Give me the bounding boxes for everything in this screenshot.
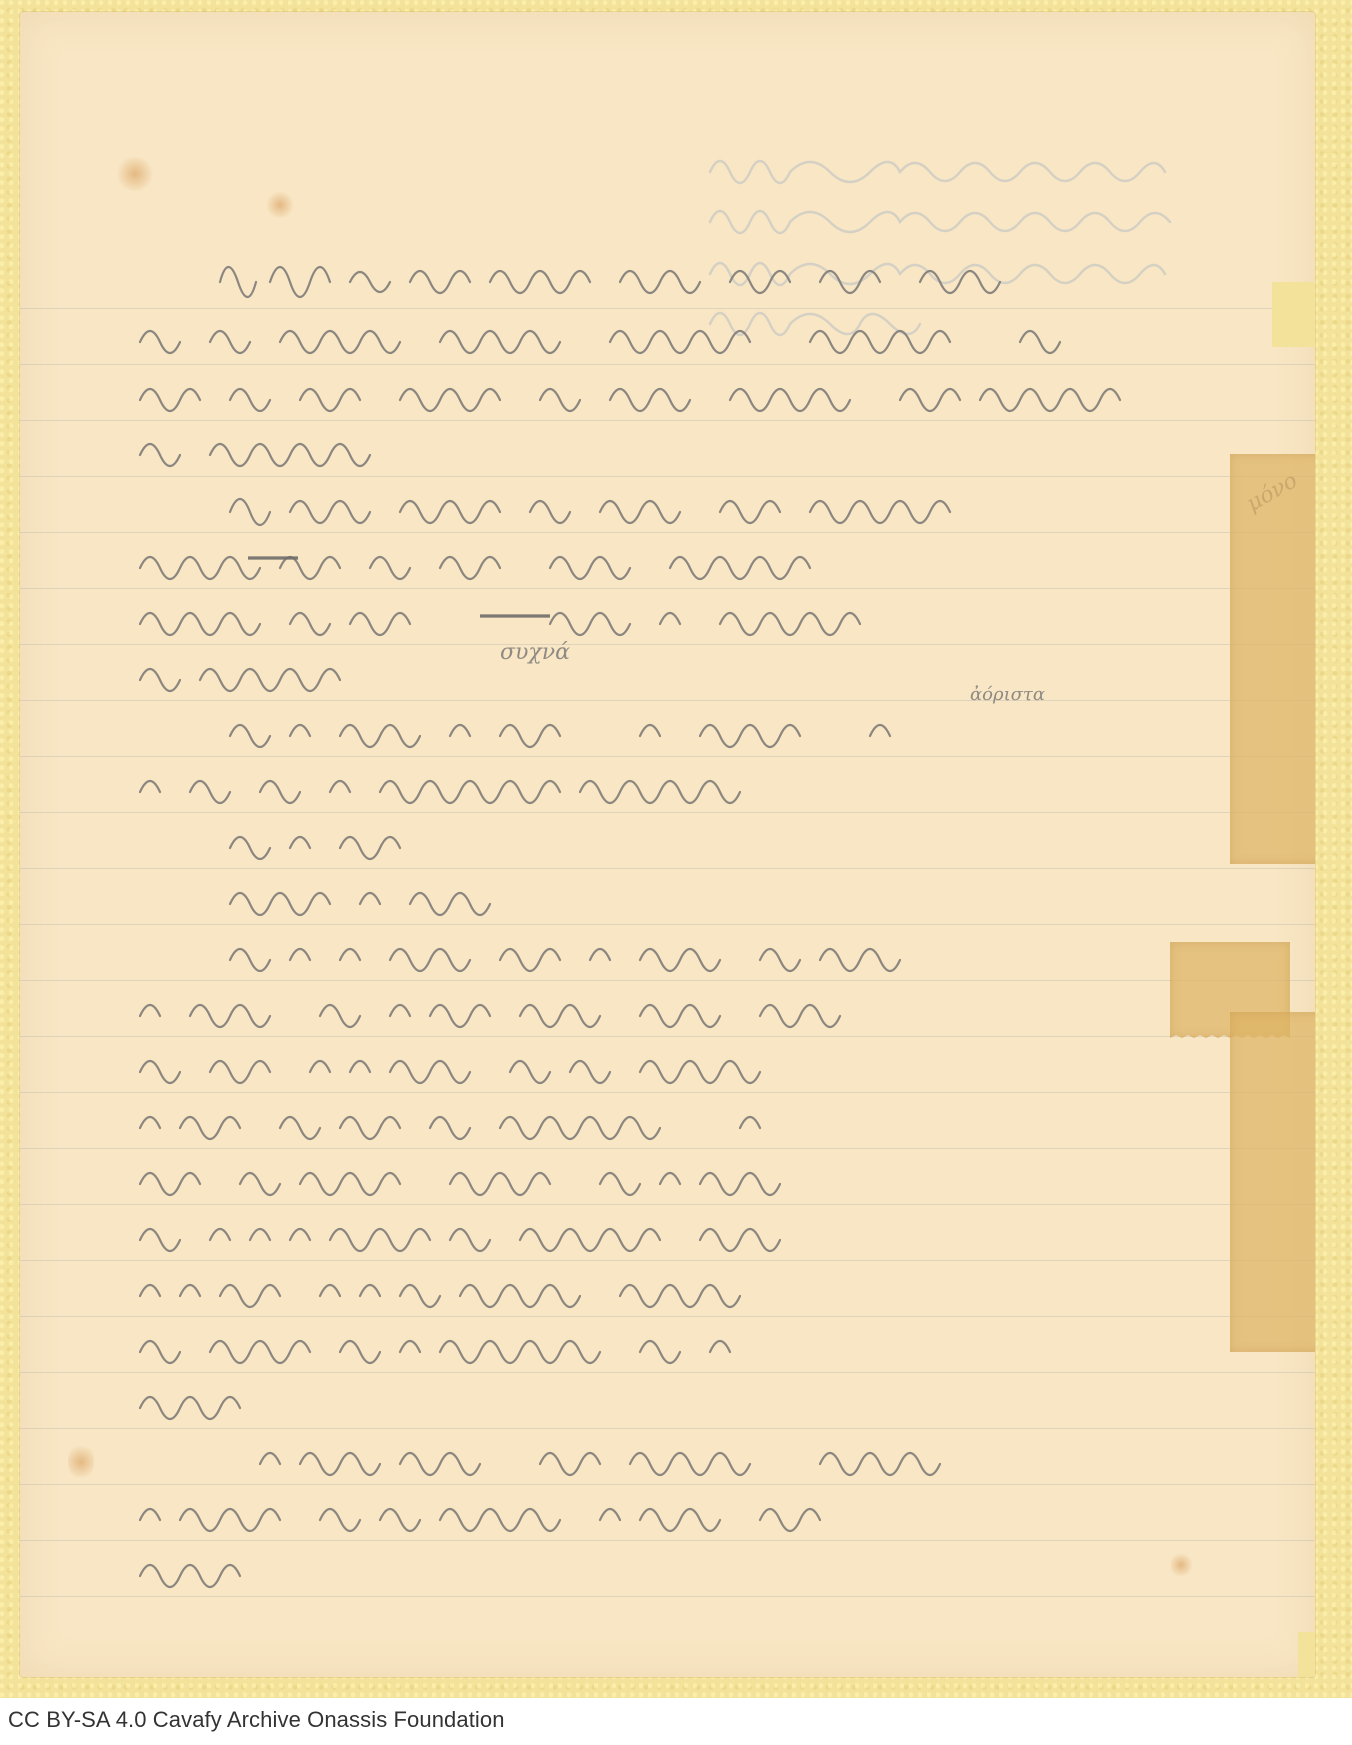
interlinear-correction: συχνά [500,640,570,665]
interlinear-word: ἀόριστα [970,684,1045,705]
manuscript-sheet: συχνά ἀόριστα μόνο [20,12,1315,1677]
manuscript-scan: συχνά ἀόριστα μόνο [0,0,1352,1698]
torn-edge [1298,1632,1315,1677]
tape-strip-lower [1230,1012,1315,1352]
torn-edge [1272,282,1315,347]
credit-footer: CC BY-SA 4.0 Cavafy Archive Onassis Foun… [8,1702,505,1738]
handwritten-text [20,12,1315,1677]
tape-strip-upper [1230,454,1315,864]
